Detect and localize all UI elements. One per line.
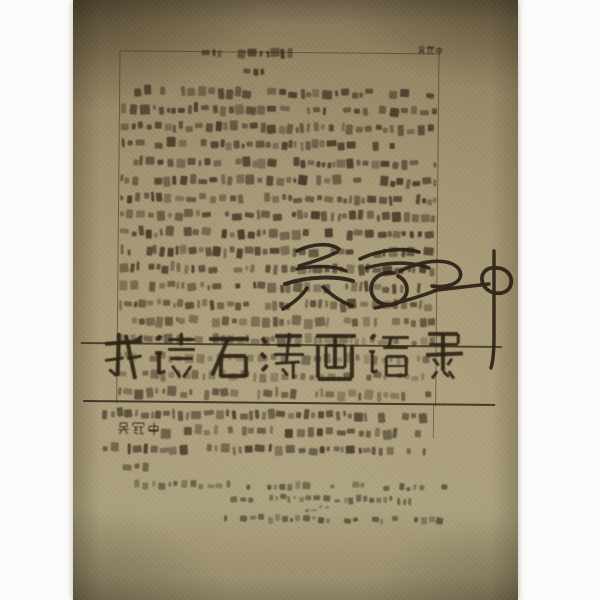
ink-mark xyxy=(167,212,171,217)
ink-mark xyxy=(229,233,234,238)
glyph-stroke xyxy=(118,430,122,435)
ink-mark xyxy=(244,247,253,254)
glyph-stroke xyxy=(433,47,434,49)
ink-mark xyxy=(343,317,351,323)
ink-mark xyxy=(126,209,133,218)
ink-mark xyxy=(285,303,290,310)
glyph-stroke xyxy=(115,333,120,376)
ink-mark xyxy=(372,447,376,455)
ink-mark xyxy=(306,107,310,114)
ink-mark xyxy=(341,123,345,132)
ink-mark xyxy=(272,300,277,310)
ink-mark xyxy=(186,196,196,202)
ink-mark xyxy=(241,143,244,148)
ink-mark xyxy=(229,247,234,253)
ink-mark xyxy=(198,86,206,96)
ink-mark xyxy=(320,140,326,147)
ink-mark xyxy=(172,175,176,184)
ink-mark xyxy=(231,319,236,324)
ink-mark xyxy=(171,261,175,271)
ink-mark xyxy=(163,411,170,416)
ink-mark xyxy=(305,495,311,500)
ink-mark xyxy=(188,158,196,165)
ink-mark xyxy=(260,211,270,219)
ink-mark xyxy=(403,318,408,324)
ink-mark xyxy=(111,411,116,418)
ink-mark xyxy=(245,174,254,184)
ink-mark xyxy=(191,411,201,419)
ink-mark xyxy=(132,231,137,236)
ink-mark xyxy=(124,177,129,183)
ink-mark xyxy=(219,194,226,202)
ink-mark xyxy=(417,283,421,293)
ink-mark xyxy=(380,518,384,525)
ink-mark xyxy=(179,445,187,455)
ink-mark xyxy=(348,211,355,220)
ink-mark xyxy=(275,445,283,456)
ink-mark xyxy=(256,209,260,219)
ink-mark xyxy=(239,446,243,453)
ink-mark xyxy=(317,428,324,436)
ink-mark xyxy=(171,108,176,114)
ink-mark xyxy=(383,392,388,398)
ink-mark xyxy=(135,409,139,416)
ink-mark xyxy=(343,198,347,204)
ink-mark xyxy=(392,427,397,438)
ink-mark xyxy=(334,91,337,97)
ink-mark xyxy=(183,227,191,237)
ink-mark xyxy=(371,299,381,309)
ink-mark xyxy=(215,445,218,451)
ink-mark xyxy=(372,268,381,273)
ink-mark xyxy=(166,137,176,147)
ink-mark xyxy=(181,479,188,488)
ink-mark xyxy=(376,498,381,503)
cjk-glyph xyxy=(132,421,145,436)
ink-mark xyxy=(273,317,278,327)
ink-mark xyxy=(162,389,165,395)
ink-mark xyxy=(336,391,344,401)
ink-mark xyxy=(314,316,324,325)
ink-mark xyxy=(279,484,285,490)
ink-mark xyxy=(280,494,286,500)
ink-mark xyxy=(263,390,272,398)
ink-mark xyxy=(131,176,138,186)
ink-mark xyxy=(394,268,404,275)
ink-mark xyxy=(136,139,145,146)
ink-mark xyxy=(243,301,249,307)
cjk-glyph xyxy=(205,330,251,382)
ink-mark xyxy=(154,232,159,237)
ink-mark xyxy=(191,480,197,487)
ink-mark xyxy=(392,284,397,294)
handwriting-line xyxy=(161,424,180,439)
ink-mark xyxy=(413,517,418,522)
ink-mark xyxy=(130,264,135,273)
ink-mark xyxy=(280,284,284,292)
glyph-stroke xyxy=(427,52,430,54)
ink-mark xyxy=(201,105,210,111)
ink-mark xyxy=(373,318,377,327)
ink-mark xyxy=(293,496,296,499)
ink-mark xyxy=(270,47,279,56)
ink-mark xyxy=(425,391,431,397)
ink-mark xyxy=(318,412,324,419)
ink-mark xyxy=(149,263,155,269)
ink-mark xyxy=(433,179,436,186)
ink-mark xyxy=(324,178,331,183)
ink-mark xyxy=(209,300,214,311)
ink-mark xyxy=(389,125,394,133)
ink-mark xyxy=(150,445,157,453)
ink-mark xyxy=(220,443,229,452)
glyph-stroke xyxy=(383,346,408,349)
ink-mark xyxy=(224,515,227,521)
ink-mark xyxy=(289,140,293,148)
ink-mark xyxy=(155,316,164,327)
ink-mark xyxy=(287,484,293,491)
ink-mark xyxy=(351,281,358,292)
cjk-glyph xyxy=(147,422,160,437)
ink-mark xyxy=(383,497,387,503)
ink-mark xyxy=(322,107,325,115)
ink-mark xyxy=(396,178,404,185)
ink-mark xyxy=(353,229,362,236)
ink-mark xyxy=(383,486,389,491)
ink-mark xyxy=(225,89,232,100)
ink-mark xyxy=(418,125,425,135)
manuscript-page xyxy=(69,0,520,600)
ink-mark xyxy=(245,212,255,218)
ink-mark xyxy=(205,247,212,257)
ink-mark xyxy=(221,229,227,239)
ink-mark xyxy=(303,515,310,522)
ink-mark xyxy=(412,264,415,274)
ink-mark xyxy=(232,446,235,455)
ink-mark xyxy=(346,141,355,148)
ink-mark xyxy=(235,174,244,184)
ink-mark xyxy=(124,409,132,417)
ink-mark xyxy=(205,158,211,165)
ink-mark xyxy=(173,481,177,486)
ink-mark xyxy=(294,514,299,521)
ink-mark xyxy=(237,230,245,241)
ink-mark xyxy=(273,143,280,150)
ink-mark xyxy=(389,107,399,117)
ink-mark xyxy=(346,230,353,240)
ink-mark xyxy=(392,516,398,522)
ink-mark xyxy=(134,479,139,487)
ink-mark xyxy=(363,496,367,502)
ink-mark xyxy=(312,89,320,97)
glyph-stroke xyxy=(274,360,300,365)
ink-mark xyxy=(336,248,344,254)
ink-mark xyxy=(397,125,404,136)
ink-mark xyxy=(311,412,315,418)
ink-mark xyxy=(222,316,230,325)
ink-mark xyxy=(372,141,378,150)
glyph-stroke xyxy=(431,53,433,54)
ink-mark xyxy=(136,211,145,218)
ink-mark xyxy=(159,246,166,257)
ink-mark xyxy=(406,487,410,491)
ink-mark xyxy=(406,448,410,454)
ink-mark xyxy=(138,318,144,324)
ink-mark xyxy=(354,109,360,114)
ink-mark xyxy=(298,268,307,273)
ink-mark xyxy=(344,498,347,505)
ink-mark xyxy=(278,125,286,134)
ink-mark xyxy=(418,264,426,274)
ink-mark xyxy=(131,123,136,129)
ink-mark xyxy=(232,411,237,420)
cjk-glyph xyxy=(98,330,144,382)
glyph-stroke xyxy=(180,333,183,346)
ink-mark xyxy=(420,110,430,115)
ink-mark xyxy=(250,264,255,273)
ink-mark xyxy=(238,194,244,204)
ink-mark xyxy=(279,231,289,240)
ink-mark xyxy=(281,392,288,398)
ink-mark xyxy=(110,442,119,452)
ink-mark xyxy=(362,447,370,453)
ink-mark xyxy=(321,90,331,100)
ink-mark xyxy=(341,446,344,452)
ink-mark xyxy=(279,88,286,94)
ink-mark xyxy=(229,107,235,114)
ink-mark xyxy=(266,51,269,58)
ink-mark xyxy=(298,448,305,454)
ink-mark xyxy=(208,87,215,94)
ink-mark xyxy=(316,175,321,185)
ink-mark xyxy=(178,411,183,421)
ink-mark xyxy=(220,139,225,147)
ink-mark xyxy=(291,266,296,272)
ink-mark xyxy=(379,176,388,186)
photo-margin-right xyxy=(518,0,600,600)
ink-mark xyxy=(267,409,274,419)
ink-mark xyxy=(122,138,125,147)
ink-mark xyxy=(402,231,406,236)
ink-mark xyxy=(400,285,403,293)
handwriting-line xyxy=(122,460,150,473)
ink-mark xyxy=(197,300,200,308)
ink-mark xyxy=(178,140,187,148)
ink-mark xyxy=(382,429,392,440)
ink-mark xyxy=(366,431,371,438)
ink-mark xyxy=(381,211,389,219)
ink-mark xyxy=(147,124,152,130)
ink-mark xyxy=(179,318,186,325)
ink-mark xyxy=(386,446,393,454)
ink-mark xyxy=(356,127,363,134)
ink-mark xyxy=(185,126,193,132)
ink-mark xyxy=(226,142,233,150)
ink-mark xyxy=(316,161,320,167)
handwriting-line xyxy=(224,513,444,526)
ink-mark xyxy=(362,317,370,327)
ink-mark xyxy=(261,122,266,132)
handwriting-line xyxy=(184,424,431,440)
ink-mark xyxy=(290,388,297,398)
ink-mark xyxy=(265,302,272,310)
ink-mark xyxy=(174,212,183,221)
ink-mark xyxy=(326,518,330,523)
ink-mark xyxy=(399,483,404,490)
ink-mark xyxy=(194,123,202,129)
ink-mark xyxy=(382,300,392,309)
ink-mark xyxy=(216,483,223,488)
ink-mark xyxy=(247,49,256,57)
ink-mark xyxy=(240,498,246,503)
ink-mark xyxy=(323,495,331,502)
ink-mark xyxy=(365,89,373,94)
ink-mark xyxy=(417,231,422,238)
ink-mark xyxy=(218,88,225,99)
ink-mark xyxy=(212,388,220,396)
ink-mark xyxy=(354,413,363,422)
ink-mark xyxy=(202,299,207,306)
ink-mark xyxy=(165,317,173,327)
ink-mark xyxy=(411,413,417,419)
ink-mark xyxy=(253,282,256,289)
ink-mark xyxy=(389,91,398,99)
ink-mark xyxy=(320,446,325,453)
ink-mark xyxy=(403,499,406,505)
ink-mark xyxy=(293,157,299,166)
ink-mark xyxy=(407,247,415,256)
ink-mark xyxy=(180,391,187,397)
ink-mark xyxy=(420,214,429,223)
ink-mark xyxy=(401,392,405,401)
ink-mark xyxy=(337,214,341,222)
ink-mark xyxy=(178,108,185,113)
ink-mark xyxy=(193,102,197,112)
ink-mark xyxy=(279,318,285,325)
ink-mark xyxy=(363,108,369,116)
ink-mark xyxy=(407,267,411,272)
ink-mark xyxy=(248,428,254,434)
ink-mark xyxy=(403,212,410,222)
ink-mark xyxy=(201,212,211,218)
ink-mark xyxy=(308,249,318,257)
cjk-glyph xyxy=(117,421,130,436)
ink-mark xyxy=(262,318,270,328)
glyph-stroke xyxy=(133,423,144,424)
ink-mark xyxy=(352,92,358,98)
ink-mark xyxy=(188,247,197,255)
ink-mark xyxy=(223,122,228,130)
manuscript-author-name xyxy=(417,46,443,55)
ink-mark xyxy=(378,196,387,204)
ink-mark xyxy=(159,447,168,453)
ink-mark xyxy=(378,447,383,455)
ink-mark xyxy=(392,212,401,222)
ink-mark xyxy=(227,177,233,186)
ink-mark xyxy=(239,515,247,522)
ink-mark xyxy=(173,302,176,307)
ink-mark xyxy=(230,121,238,132)
ink-mark xyxy=(224,248,227,258)
ink-mark xyxy=(184,427,192,435)
ink-mark xyxy=(210,196,217,203)
ink-mark xyxy=(144,193,149,199)
ink-mark xyxy=(266,176,273,187)
ink-mark xyxy=(173,124,176,132)
ink-mark xyxy=(258,159,267,169)
ink-mark xyxy=(347,298,357,309)
ink-mark xyxy=(320,388,323,397)
ink-mark xyxy=(198,264,205,272)
ink-mark xyxy=(121,244,124,254)
ink-mark xyxy=(325,506,329,509)
ink-mark xyxy=(185,301,194,309)
ink-mark xyxy=(419,300,423,309)
ink-mark xyxy=(312,516,316,520)
ink-mark xyxy=(405,179,410,189)
ink-mark xyxy=(217,50,222,58)
ink-mark xyxy=(265,264,271,273)
ink-mark xyxy=(146,246,153,256)
ink-mark xyxy=(356,159,360,165)
ink-mark xyxy=(428,124,434,131)
handwriting-line xyxy=(133,154,436,171)
ink-mark xyxy=(235,159,241,165)
ink-mark xyxy=(146,157,155,165)
ink-mark xyxy=(198,247,203,252)
ink-mark xyxy=(275,496,279,501)
ink-mark xyxy=(117,407,124,416)
ink-mark xyxy=(426,93,434,99)
ink-mark xyxy=(144,85,152,95)
ink-mark xyxy=(257,427,267,434)
ink-mark xyxy=(409,231,414,238)
glyph-stroke xyxy=(171,365,182,378)
ink-mark xyxy=(429,268,434,276)
ink-mark xyxy=(411,320,416,327)
ink-mark xyxy=(142,463,148,472)
ink-mark xyxy=(305,282,311,292)
ink-mark xyxy=(235,302,241,310)
glyph-stroke xyxy=(260,352,268,360)
glyph-stroke xyxy=(170,357,193,360)
cjk-glyph xyxy=(152,330,198,382)
ink-mark xyxy=(135,192,141,201)
ink-mark xyxy=(336,196,341,202)
ink-mark xyxy=(198,179,207,184)
ink-mark xyxy=(120,211,124,216)
ink-mark xyxy=(371,283,381,289)
ink-mark xyxy=(326,427,334,435)
ink-mark xyxy=(357,210,363,221)
ink-mark xyxy=(167,281,175,287)
ink-mark xyxy=(130,281,139,290)
ink-mark xyxy=(401,160,407,171)
ink-mark xyxy=(181,86,186,97)
ink-mark xyxy=(161,266,168,274)
ink-mark xyxy=(124,301,133,307)
ink-mark xyxy=(342,213,347,218)
ink-mark xyxy=(408,498,411,505)
ink-mark xyxy=(213,159,222,166)
ink-mark xyxy=(317,299,322,308)
ink-mark xyxy=(319,506,322,510)
ink-mark xyxy=(245,106,256,115)
ink-mark xyxy=(305,509,309,512)
glyph-stroke xyxy=(219,356,223,377)
ink-mark xyxy=(300,89,305,99)
ink-mark xyxy=(433,197,436,203)
